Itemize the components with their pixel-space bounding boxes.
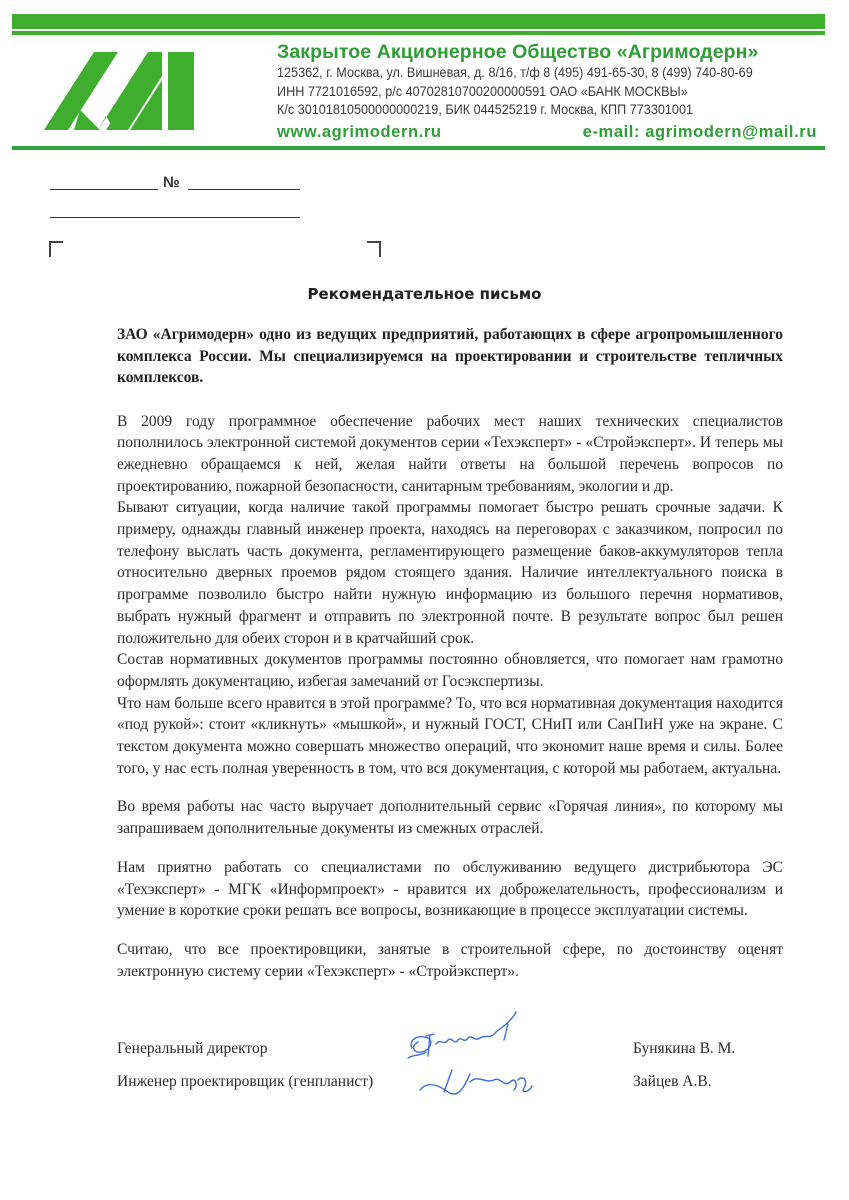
- letter-paragraph: Что нам больше всего нравится в этой про…: [117, 693, 783, 780]
- company-address: 125362, г. Москва, ул. Вишневая, д. 8/16…: [277, 64, 779, 83]
- company-contacts: www.agrimodern.ru e-mail: agrimodern@mai…: [277, 121, 817, 143]
- letter-intro: ЗАО «Агримодерн» одно из ведущих предпри…: [117, 324, 783, 389]
- letter-paragraph: Состав нормативных документов программы …: [117, 649, 783, 692]
- company-name: Закрытое Акционерное Общество «Агримодер…: [277, 40, 817, 64]
- letter-paragraph: Нам приятно работать со специалистами по…: [117, 857, 783, 922]
- website-link[interactable]: www.agrimodern.ru: [277, 121, 442, 143]
- letterhead-top-bar: [12, 14, 825, 29]
- letter-paragraph: Во время работы нас часто выручает допол…: [117, 796, 783, 839]
- handwritten-signature-icon: [400, 1010, 550, 1100]
- signer-name: Зайцев А.В.: [633, 1073, 712, 1091]
- date-field-line: [50, 189, 158, 190]
- letterhead-top-thin-bar: [12, 31, 825, 35]
- am-logo-icon: [44, 52, 194, 130]
- letter-paragraph: В 2009 году программное обеспечение рабо…: [117, 411, 783, 498]
- address-block-corner-left: [49, 241, 63, 257]
- letter-paragraph: Бывают ситуации, когда наличие такой про…: [117, 497, 783, 649]
- letterhead-details: Закрытое Акционерное Общество «Агримодер…: [277, 40, 817, 143]
- signer-role: Генеральный директор: [117, 1040, 268, 1058]
- signer-role: Инженер проектировщик (генпланист): [117, 1073, 373, 1091]
- letter-paragraph: Считаю, что все проектировщики, занятые …: [117, 939, 783, 982]
- email-link[interactable]: e-mail: agrimodern@mail.ru: [583, 121, 817, 143]
- letter-title: Рекомендательное письмо: [0, 285, 849, 303]
- address-block-corner-right: [367, 241, 381, 257]
- company-account-details: К/с 30101810500000000219, БИК 044525219 …: [277, 101, 779, 120]
- reference-field-line: [50, 217, 300, 218]
- company-bank-details: ИНН 7721016592, р/с 40702810700200000591…: [277, 83, 779, 102]
- letter-body: ЗАО «Агримодерн» одно из ведущих предпри…: [117, 324, 783, 982]
- number-field-line: [188, 189, 300, 190]
- number-sign: №: [163, 174, 180, 191]
- signer-name: Бунякина В. М.: [633, 1040, 735, 1058]
- letterhead-bottom-bar: [12, 146, 825, 150]
